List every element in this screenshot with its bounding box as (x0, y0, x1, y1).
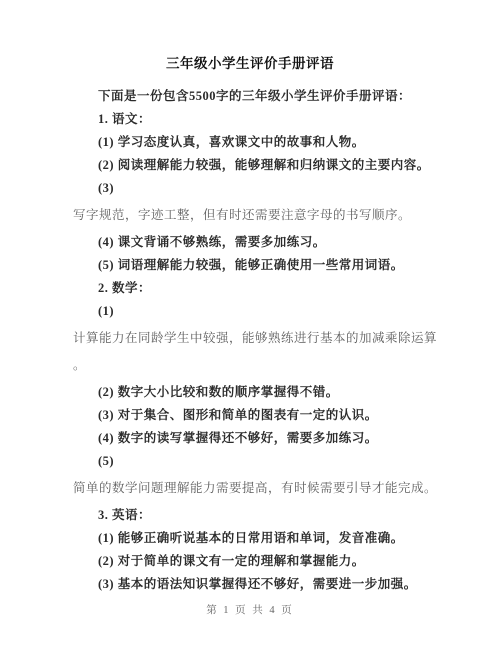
document-line: (3) 基本的语法知识掌握得还不够好，需要进一步加强。 (73, 573, 440, 596)
document-line: (3) (73, 177, 440, 200)
document-line: 简单的数学问题理解能力需要提高，有时候需要引导才能完成。 (73, 477, 440, 500)
document-line: 3. 英语： (73, 504, 440, 527)
document-line: 计算能力在同龄学生中较强，能够熟练进行基本的加减乘除运算 (73, 327, 440, 350)
document-line: (1) 学习态度认真，喜欢课文中的故事和人物。 (73, 131, 440, 154)
document-line: 1. 语文： (73, 108, 440, 131)
document-line: (2) 对于简单的课文有一定的理解和掌握能力。 (73, 550, 440, 573)
page-title: 三年级小学生评价手册评语 (0, 0, 500, 73)
document-line: (2) 数字大小比较和数的顺序掌握得不错。 (73, 381, 440, 404)
document-body: 下面是一份包含5500字的三年级小学生评价手册评语：1. 语文：(1) 学习态度… (73, 85, 440, 596)
document-line: (1) (73, 300, 440, 323)
document-line: 下面是一份包含5500字的三年级小学生评价手册评语： (73, 85, 440, 108)
document-line: 写字规范，字迹工整，但有时还需要注意字母的书写顺序。 (73, 204, 440, 227)
document-line: (2) 阅读理解能力较强，能够理解和归纳课文的主要内容。 (73, 154, 440, 177)
document-line: (4) 课文背诵不够熟练，需要多加练习。 (73, 231, 440, 254)
document-line: (1) 能够正确听说基本的日常用语和单词，发音准确。 (73, 527, 440, 550)
document-page: 三年级小学生评价手册评语 下面是一份包含5500字的三年级小学生评价手册评语：1… (0, 0, 500, 647)
page-footer: 第 1 页 共 4 页 (0, 602, 500, 617)
document-line: (5) (73, 450, 440, 473)
document-line: 。 (73, 354, 440, 377)
document-line: (5) 词语理解能力较强，能够正确使用一些常用词语。 (73, 254, 440, 277)
document-line: (3) 对于集合、图形和简单的图表有一定的认识。 (73, 404, 440, 427)
document-line: (4) 数字的读写掌握得还不够好，需要多加练习。 (73, 427, 440, 450)
document-line: 2. 数学： (73, 277, 440, 300)
